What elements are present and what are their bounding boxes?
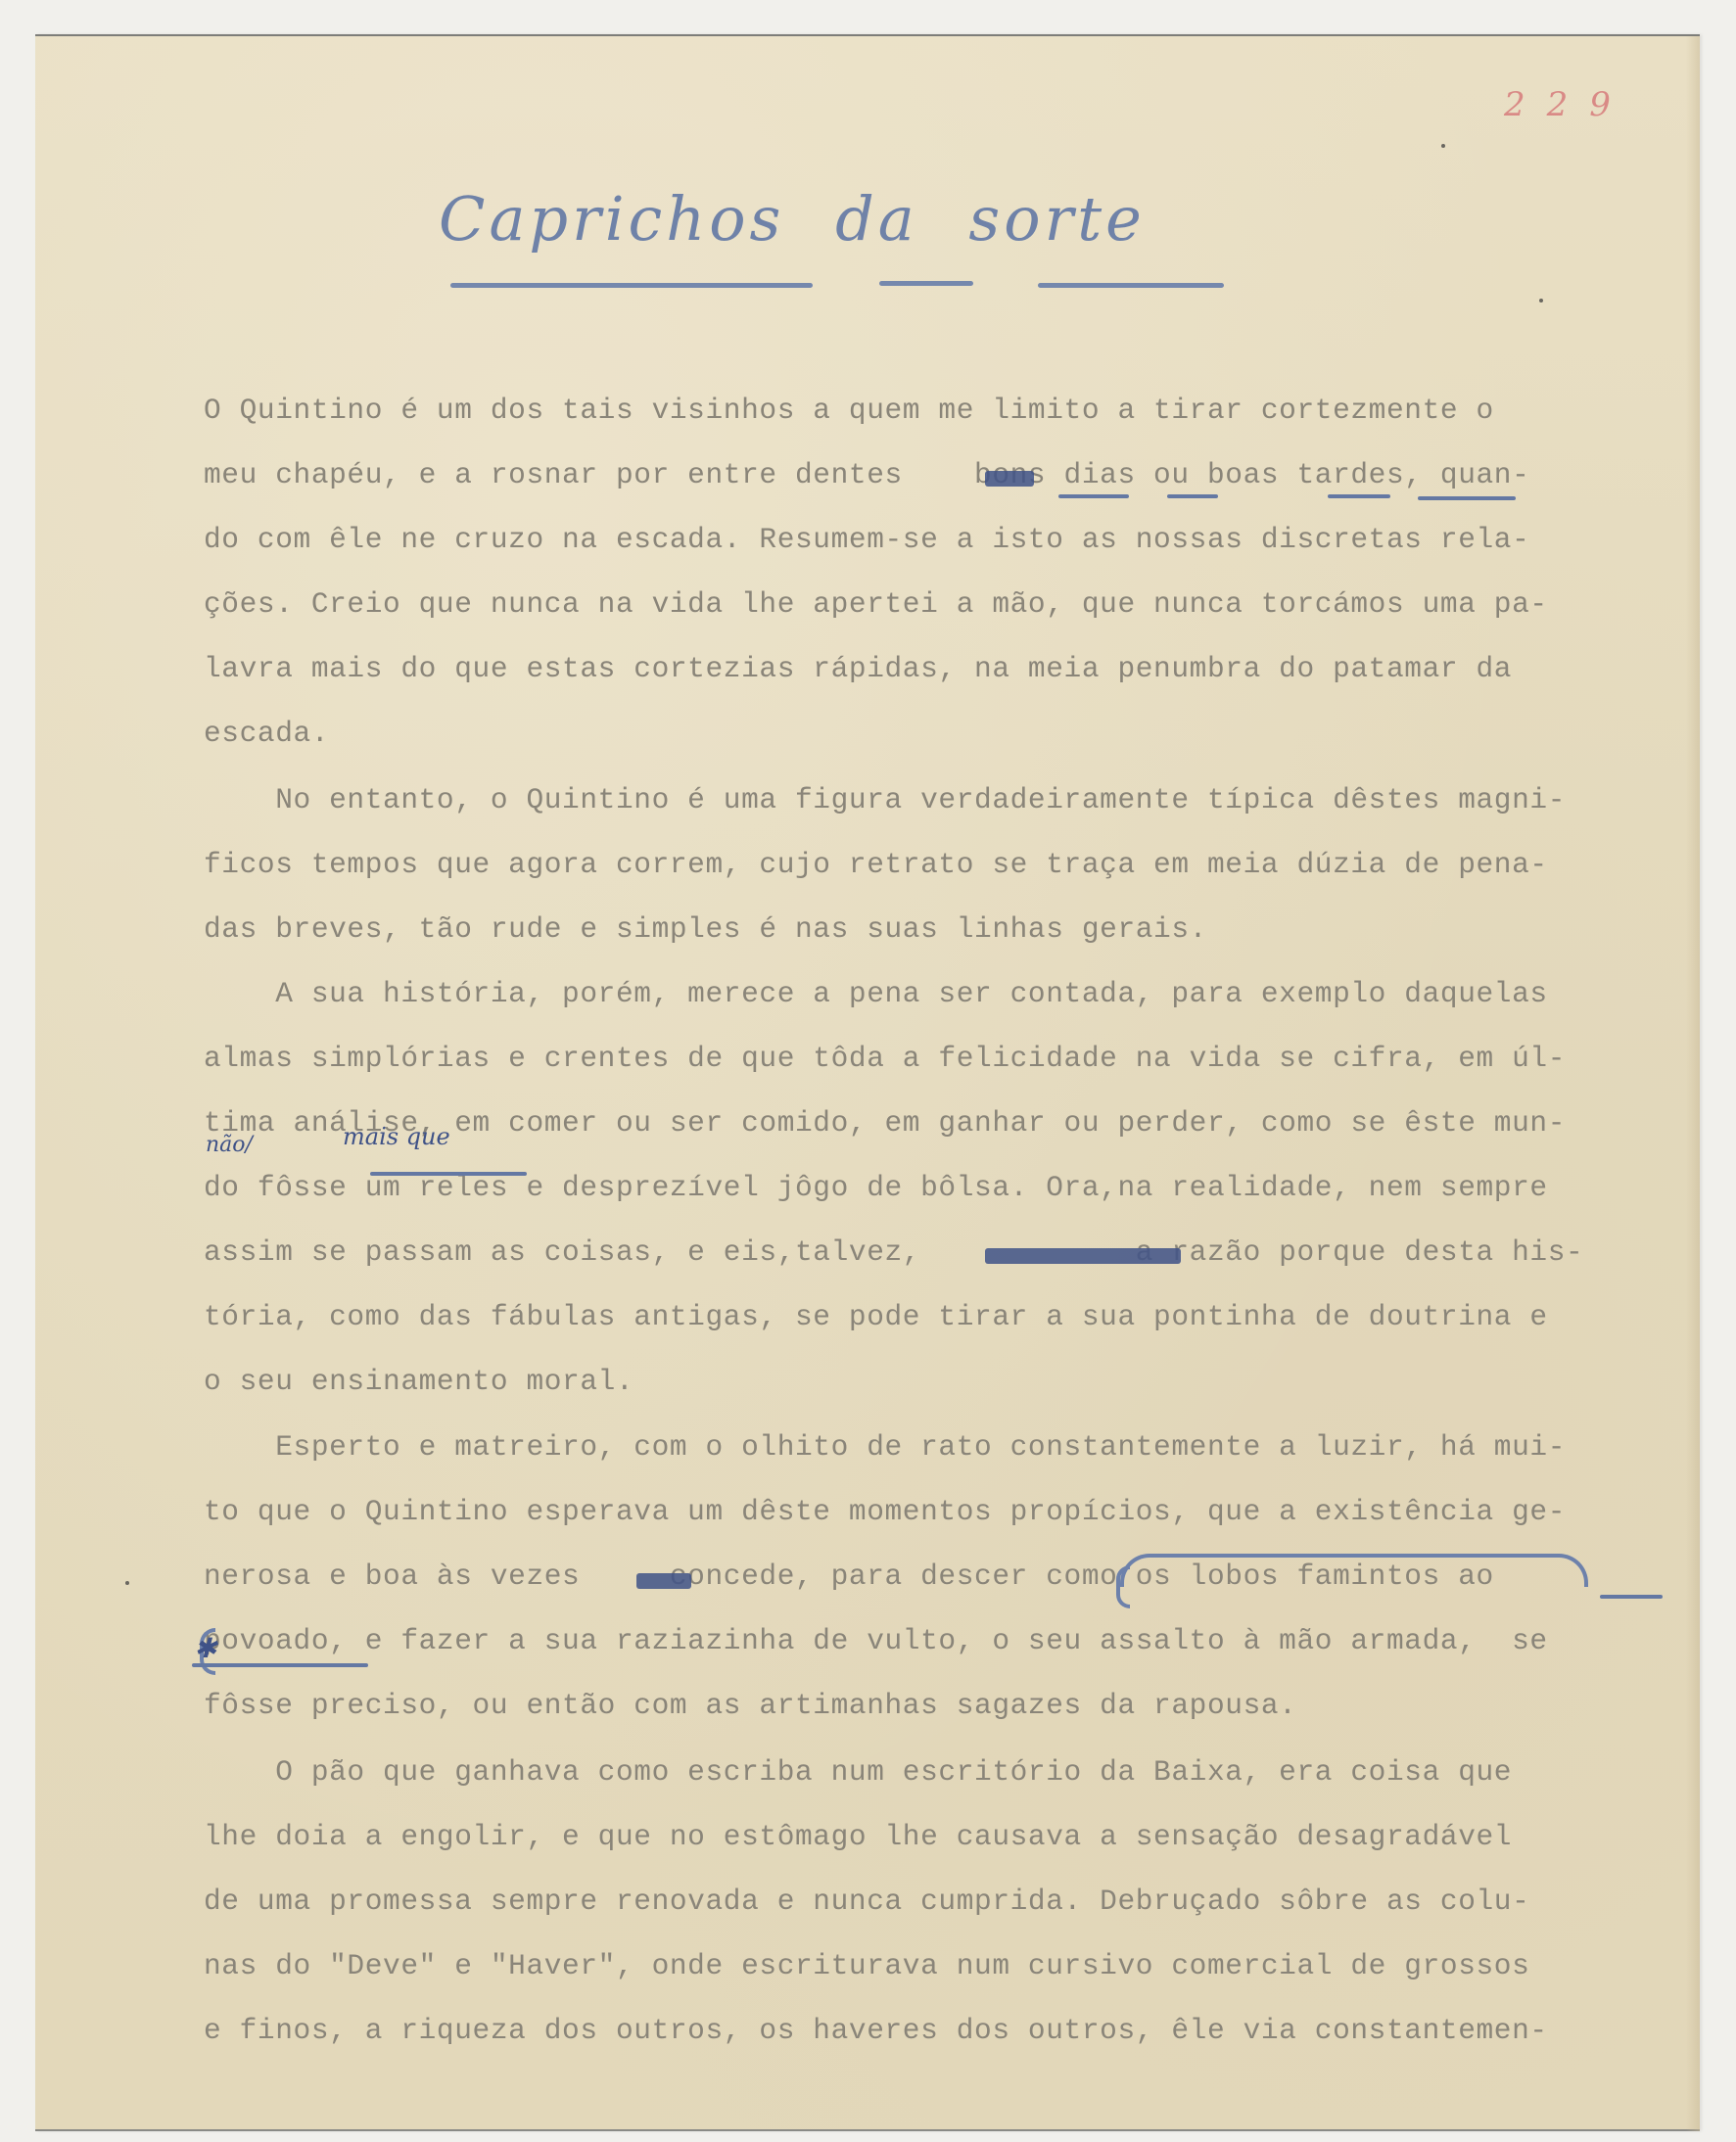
paper-speck [1539,299,1543,303]
underline-boas [1328,494,1390,498]
text-line: e finos, a riqueza dos outros, os havere… [204,2014,1548,2047]
handwritten-title: Caprichos da sorte [439,183,1146,255]
strikeout-porque [985,1248,1181,1264]
text-line: do fôsse um reles e desprezível jôgo de … [204,1171,1548,1204]
asterisk-mark: ✱ [194,1632,216,1664]
text-line: povoado, e fazer a sua raziazinha de vul… [204,1624,1548,1657]
title-underline-sorte [1038,283,1224,288]
text-line: lavra mais do que estas cortezias rápida… [204,652,1512,685]
insert-caret-line [370,1172,527,1176]
text-line: fôsse preciso, ou então com as artimanha… [204,1689,1296,1722]
underline-ao [1600,1595,1663,1599]
text-line: Esperto e matreiro, com o olhito de rato… [204,1430,1566,1464]
text-line: No entanto, o Quintino é uma figura verd… [204,783,1566,816]
text-line: to que o Quintino esperava um dêste mome… [204,1495,1566,1528]
text-line: nas do "Deve" e "Haver", onde escriturav… [204,1949,1529,1982]
manuscript-page: 229 Caprichos da sorte O Quintino é um d… [35,34,1700,2131]
title-underline-da [879,281,973,286]
title-underline-caprichos [450,283,813,288]
page-number: 229 [1504,85,1632,124]
text-line: tória, como das fábulas antigas, se pode… [204,1300,1548,1333]
strikeout-nos [636,1573,691,1589]
text-line: ções. Creio que nunca na vida lhe aperte… [204,587,1548,621]
text-line: o seu ensinamento moral. [204,1365,633,1398]
text-line: assim se passam as coisas, e eis,talvez,… [204,1235,1583,1269]
text-line: O Quintino é um dos tais visinhos a quem… [204,394,1494,427]
underline-povoado [192,1663,368,1667]
text-line: das breves, tão rude e simples é nas sua… [204,912,1207,946]
underline-dias [1167,494,1218,498]
bracket-top-curve [1120,1554,1588,1587]
strikeout-um [985,471,1034,487]
text-line: escada. [204,717,329,750]
text-line: almas simplórias e crentes de que tôda a… [204,1042,1566,1075]
text-line: meu chapéu, e a rosnar por entre dentes … [204,458,1529,491]
paper-speck [1441,144,1445,148]
margin-insert-nao: não/ [206,1133,253,1157]
text-line: lhe doia a engolir, e que no estômago lh… [204,1820,1512,1853]
text-line: do com êle ne cruzo na escada. Resumem-s… [204,523,1529,556]
text-line: de uma promessa sempre renovada e nunca … [204,1885,1529,1918]
text-line: A sua história, porém, merece a pena ser… [204,977,1548,1010]
paper-speck [125,1581,129,1585]
bracket-left [1116,1565,1130,1608]
text-line: ficos tempos que agora correm, cujo retr… [204,848,1548,881]
margin-insert-mais-que: mais que [343,1123,450,1150]
underline-tardes [1418,496,1516,500]
page-edge-shadow [1686,36,1700,2131]
underline-bons [1058,494,1129,498]
text-line: O pão que ganhava como escriba num escri… [204,1755,1512,1789]
